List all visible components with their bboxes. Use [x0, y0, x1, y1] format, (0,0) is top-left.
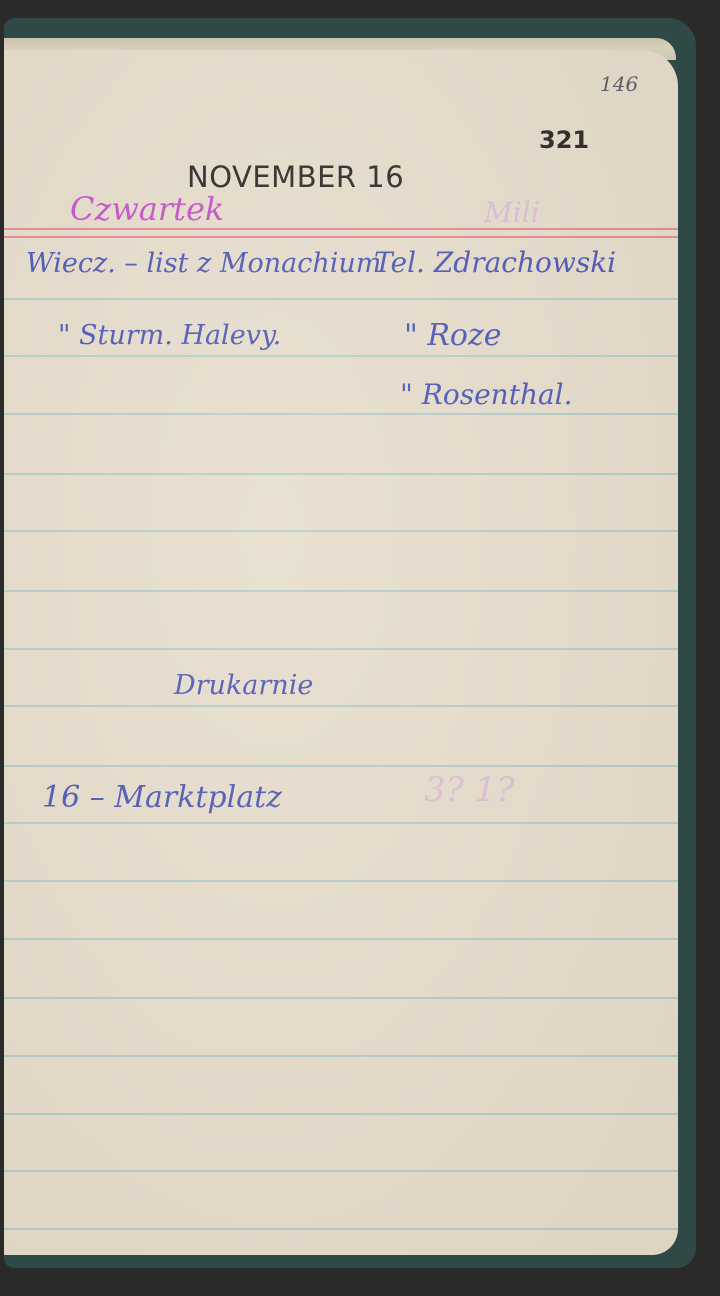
faint-annotation-top: Mili: [484, 196, 540, 229]
ruled-line: [4, 1113, 678, 1115]
ruled-line: [4, 298, 678, 300]
header-rule-bottom: [4, 236, 678, 238]
ruled-line: [4, 822, 678, 824]
ruled-line: [4, 765, 678, 767]
ruled-line: [4, 938, 678, 940]
entry-left-2: " Sturm. Halevy.: [58, 320, 281, 351]
ruled-line: [4, 590, 678, 592]
page-date-heading: NOVEMBER 16: [187, 160, 404, 194]
ruled-line: [4, 413, 678, 415]
ruled-line: [4, 1055, 678, 1057]
header-rule-top: [4, 228, 678, 230]
archive-number: 146: [600, 72, 638, 96]
ruled-line: [4, 997, 678, 999]
entry-left-1: Wiecz. – list z Monachium: [26, 248, 381, 279]
ruled-line: [4, 880, 678, 882]
weekday-annotation: Czwartek: [70, 190, 224, 228]
ruled-line: [4, 705, 678, 707]
entry-center: Drukarnie: [174, 670, 313, 701]
entry-left-3: 16 – Marktplatz: [42, 780, 282, 815]
faint-annotation-lower: 3? 1?: [424, 770, 515, 810]
diary-page: 146 321 NOVEMBER 16 Czwartek Mili Wiecz.…: [4, 50, 678, 1255]
entry-right-2: " Roze: [404, 318, 502, 353]
ruled-line: [4, 473, 678, 475]
ruled-line: [4, 530, 678, 532]
ruled-line: [4, 648, 678, 650]
ruled-line: [4, 1170, 678, 1172]
ruled-line: [4, 355, 678, 357]
day-of-year-number: 321: [539, 126, 589, 154]
ruled-line: [4, 1228, 678, 1230]
entry-right-1: Tel. Zdrachowski: [374, 246, 616, 279]
entry-right-3: " Rosenthal.: [400, 378, 573, 411]
